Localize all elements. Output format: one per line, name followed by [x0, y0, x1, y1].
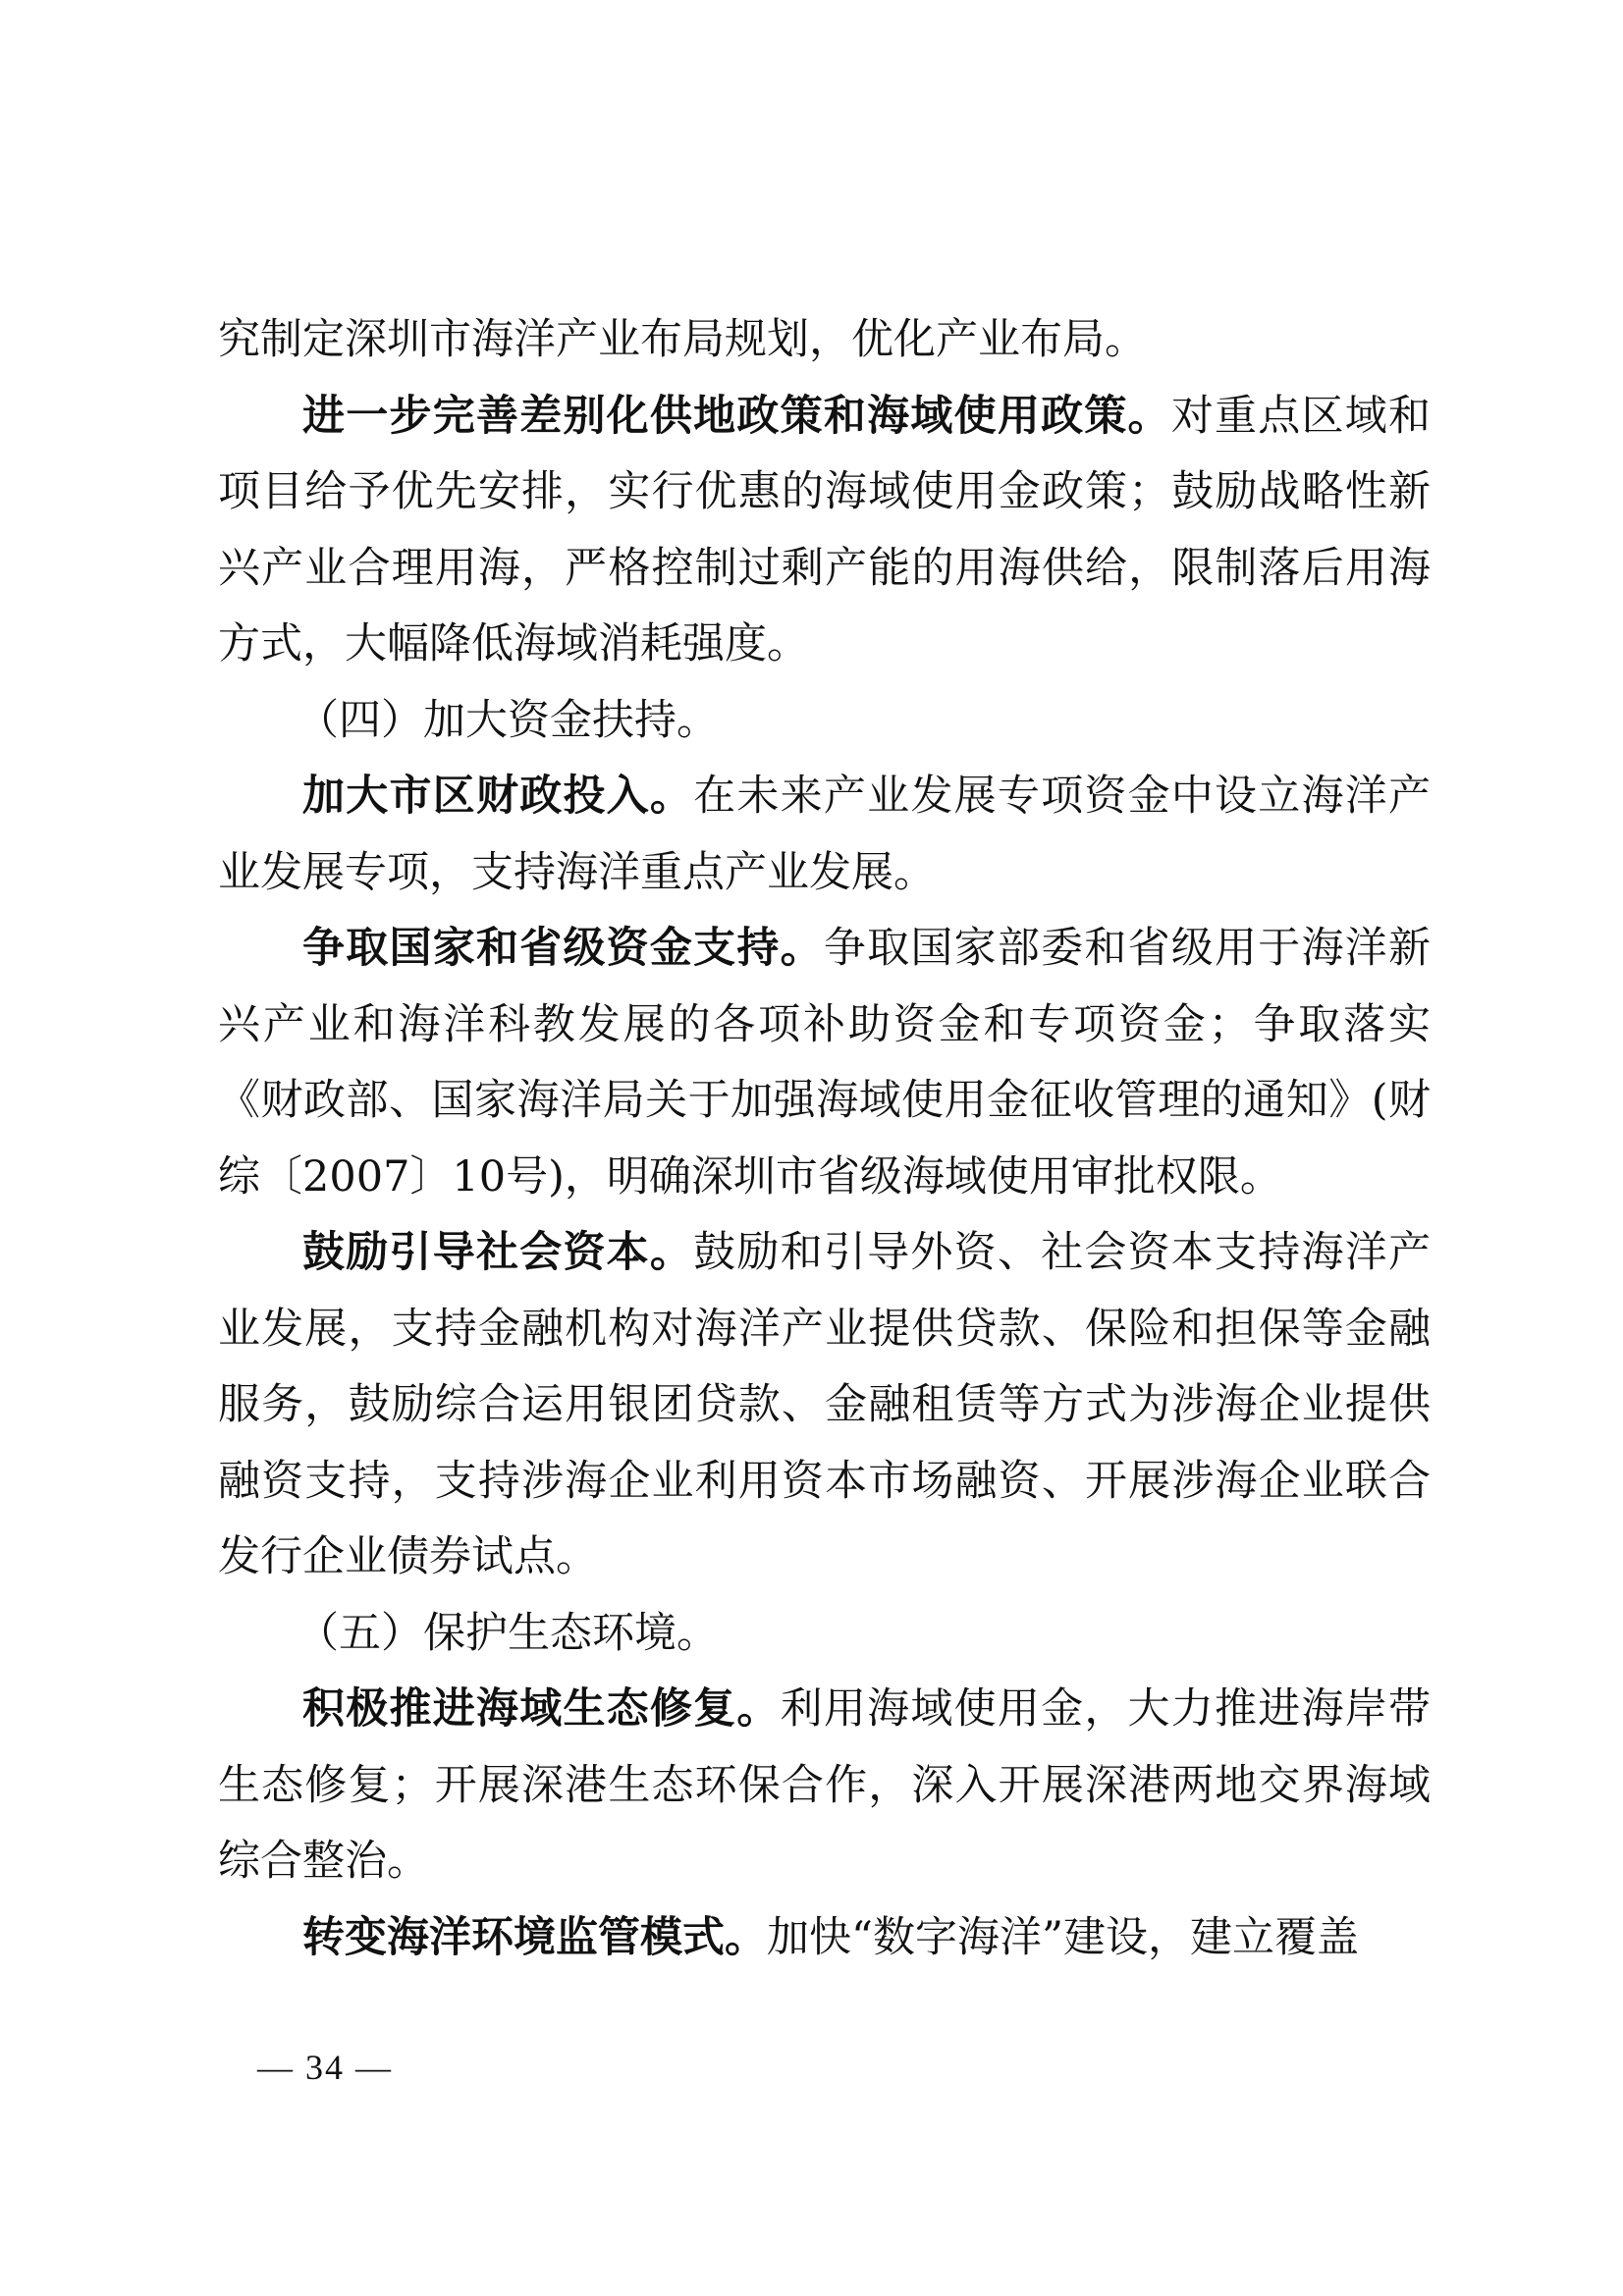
paragraph-land-sea-policy: 进一步完善差别化供地政策和海域使用政策。对重点区域和项目给予优先安排，实行优惠的… [218, 379, 1431, 683]
page-number: — 34 — [257, 2047, 393, 2088]
paragraph-text: 加快“数字海洋”建设，建立覆盖 [767, 1913, 1359, 1962]
paragraph-text: 鼓励和引导外资、社会资本支持海洋产业发展，支持金融机构对海洋产业提供贷款、保险和… [218, 1228, 1431, 1581]
paragraph-lead: 争取国家和省级资金支持。 [302, 924, 824, 973]
paragraph-text: 究制定深圳市海洋产业布局规划，优化产业布局。 [218, 315, 1147, 364]
paragraph-eco-restoration: 积极推进海域生态修复。利用海域使用金，大力推进海岸带生态修复；开展深港生态环保合… [218, 1672, 1431, 1900]
document-page: 究制定深圳市海洋产业布局规划，优化产业布局。 进一步完善差别化供地政策和海域使用… [218, 302, 1431, 1976]
paragraph-continuation: 究制定深圳市海洋产业布局规划，优化产业布局。 [218, 302, 1431, 379]
paragraph-lead: 鼓励引导社会资本。 [302, 1228, 693, 1277]
paragraph-lead: 加大市区财政投入。 [302, 772, 693, 821]
paragraph-env-supervision: 转变海洋环境监管模式。加快“数字海洋”建设，建立覆盖 [218, 1900, 1431, 1977]
section-heading-5: （五）保护生态环境。 [218, 1596, 1431, 1673]
paragraph-lead: 进一步完善差别化供地政策和海域使用政策。 [302, 392, 1171, 441]
paragraph-social-capital: 鼓励引导社会资本。鼓励和引导外资、社会资本支持海洋产业发展，支持金融机构对海洋产… [218, 1215, 1431, 1596]
paragraph-lead: 转变海洋环境监管模式。 [302, 1913, 767, 1962]
section-heading-4: （四）加大资金扶持。 [218, 683, 1431, 760]
paragraph-fiscal-input: 加大市区财政投入。在未来产业发展专项资金中设立海洋产业发展专项，支持海洋重点产业… [218, 759, 1431, 911]
paragraph-lead: 积极推进海域生态修复。 [302, 1684, 781, 1734]
paragraph-national-funding: 争取国家和省级资金支持。争取国家部委和省级用于海洋新兴产业和海洋科教发展的各项补… [218, 911, 1431, 1215]
